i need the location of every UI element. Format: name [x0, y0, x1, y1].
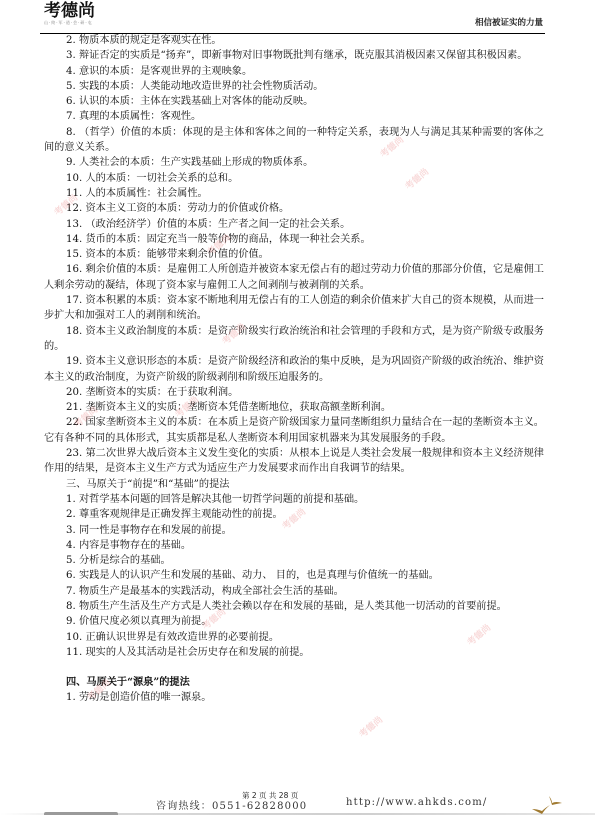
- paragraph-item-21: 21. 垄断资本主义的实质：垄断资本凭借垄断地位，获取高额垄断利润。: [44, 400, 544, 415]
- section3-item-8: 8. 物质生产生活及生产方式是人类社会赖以存在和发展的基础，是人类其他一切活动的…: [44, 599, 544, 614]
- paragraph-item-23: 23. 第二次世界大战后资本主义发生变化的实质：从根本上说是人类社会发展一般规律…: [44, 446, 544, 477]
- section4-item-1: 1. 劳动是创造价值的唯一源泉。: [44, 690, 544, 705]
- document-body: 2. 物质本质的规定是客观实在性。 3. 辩证否定的实质是“扬弃”，即新事物对旧…: [44, 33, 544, 706]
- paragraph-item-19: 19. 资本主义意识形态的本质：是资产阶级经济和政治的集中反映，是为巩固资产阶级…: [44, 354, 544, 385]
- paragraph-item-10: 10. 人的本质：一切社会关系的总和。: [44, 171, 544, 186]
- brand-logo-subtitle: 山·终·军·道·会·研·屯: [44, 20, 93, 26]
- section3-item-7: 7. 物质生产是最基本的实践活动，构成全部社会生活的基础。: [44, 584, 544, 599]
- section3-item-4: 4. 内容是事物存在的基础。: [44, 538, 544, 553]
- paragraph-item-16: 16. 剩余价值的本质：是雇佣工人所创造并被资本家无偿占有的超过劳动力价值的那部…: [44, 262, 544, 293]
- section-heading-3: 三、马原关于“前提”和“基础”的提法: [44, 477, 544, 492]
- bird-logo-icon: [530, 793, 570, 815]
- section3-item-11: 11. 现实的人及其活动是社会历史存在和发展的前提。: [44, 645, 544, 660]
- section-spacer: [44, 660, 544, 675]
- hotline-text: 咨询热线：0551-62828000: [156, 797, 307, 812]
- section3-item-2: 2. 尊重客观规律是正确发挥主观能动性的前提。: [44, 507, 544, 522]
- section3-item-10: 10. 正确认识世界是有效改造世界的必要前提。: [44, 630, 544, 645]
- paragraph-item-15: 15. 资本的本质：能够带来剩余价值的价值。: [44, 247, 544, 262]
- paragraph-item-18: 18. 资本主义政治制度的本质：是资产阶级实行政治统治和社会管理的手段和方式，是…: [44, 324, 544, 355]
- section-heading-4: 四、马原关于“源泉”的提法: [44, 675, 544, 690]
- section3-item-1: 1. 对哲学基本问题的回答是解决其他一切哲学问题的前提和基础。: [44, 492, 544, 507]
- brand-logo: 考德尚: [44, 2, 95, 20]
- paragraph-item-7: 7. 真理的本质属性：客观性。: [44, 109, 544, 124]
- section3-item-6: 6. 实践是人的认识产生和发展的基础、动力、 目的，也是真理与价值统一的基础。: [44, 568, 544, 583]
- section3-item-3: 3. 同一性是事物存在和发展的前提。: [44, 523, 544, 538]
- paragraph-item-20: 20. 垄断资本的实质：在于获取利润。: [44, 385, 544, 400]
- section3-item-5: 5. 分析是综合的基础。: [44, 553, 544, 568]
- paragraph-item-4: 4. 意识的本质：是客观世界的主观映象。: [44, 64, 544, 79]
- paragraph-item-14: 14. 货币的本质：固定充当一般等价物的商品，体现一种社会关系。: [44, 232, 544, 247]
- paragraph-item-17: 17. 资本积累的本质：资本家不断地利用无偿占有的工人创造的剩余价值来扩大自己的…: [44, 293, 544, 324]
- paragraph-item-13: 13. （政治经济学）价值的本质：生产者之间一定的社会关系。: [44, 217, 544, 232]
- paragraph-item-9: 9. 人类社会的本质：生产实践基础上形成的物质体系。: [44, 155, 544, 170]
- watermark: 考德尚: [356, 713, 385, 740]
- paragraph-item-22: 22. 国家垄断资本主义的本质：在本质上是资产阶级国家力量同垄断组织力量结合在一…: [44, 415, 544, 446]
- header-slogan: 相信被证实的力量: [475, 16, 543, 28]
- paragraph-item-12: 12. 资本主义工资的本质：劳动力的价值或价格。: [44, 201, 544, 216]
- page-header: 考德尚 山·终·军·道·会·研·屯 相信被证实的力量: [40, 0, 545, 34]
- paragraph-item-8: 8. （哲学）价值的本质：体现的是主体和客体之间的一种特定关系，表现为人与满足其…: [44, 125, 544, 156]
- paragraph-item-5: 5. 实践的本质：人类能动地改造世界的社会性物质活动。: [44, 79, 544, 94]
- paragraph-item-3: 3. 辩证否定的实质是“扬弃”，即新事物对旧事物既批判有继承，既克服其消极因素又…: [44, 48, 544, 63]
- paragraph-item-2: 2. 物质本质的规定是客观实在性。: [44, 33, 544, 48]
- website-link[interactable]: http://www.ahkds.com/: [346, 797, 488, 808]
- paragraph-item-11: 11. 人的本质属性：社会属性。: [44, 186, 544, 201]
- section3-item-9: 9. 价值尺度必须以真理为前提。: [44, 614, 544, 629]
- paragraph-item-6: 6. 认识的本质：主体在实践基础上对客体的能动反映。: [44, 94, 544, 109]
- page-footer: 第 2 页 共 28 页 咨询热线：0551-62828000 http://w…: [0, 785, 595, 815]
